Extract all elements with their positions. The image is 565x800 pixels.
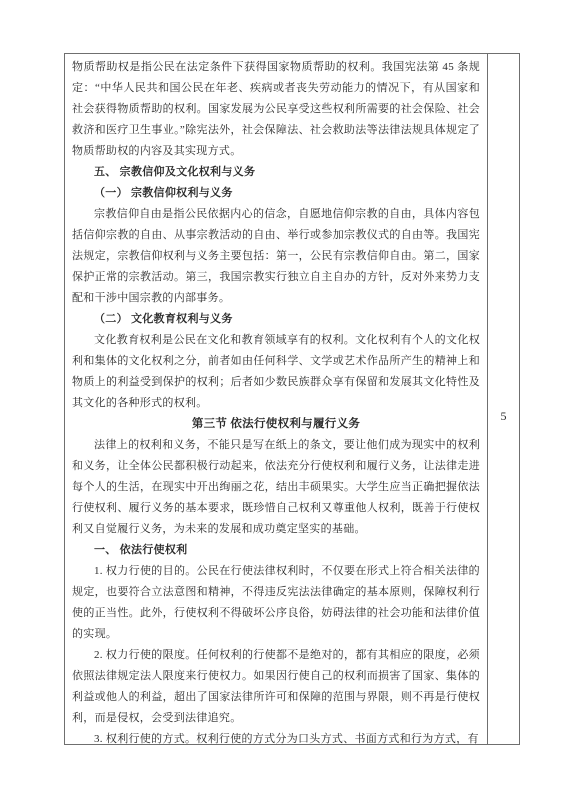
margin-column: 5 [488,54,519,744]
heading-exercise-rights-by-law: 一、 依法行使权利 [72,540,480,561]
heading-religion-and-culture-rights: 五、 宗教信仰及文化权利与义务 [72,162,480,183]
document-page: 物质帮助权是指公民在法定条件下获得国家物质帮助的权利。我国宪法第 45 条规定：… [0,0,565,800]
section-title-exercise-rights: 第三节 依法行使权利与履行义务 [72,414,480,435]
paragraph-material-help-right: 物质帮助权是指公民在法定条件下获得国家物质帮助的权利。我国宪法第 45 条规定：… [72,57,480,162]
paragraph-rights-into-reality: 法律上的权利和义务，不能只是写在纸上的条文，要让他们成为现实中的权利和义务，让全… [72,435,480,540]
text-content-cell: 物质帮助权是指公民在法定条件下获得国家物质帮助的权利。我国宪法第 45 条规定：… [65,54,488,744]
paragraph-cultural-education: 文化教育权利是公民在文化和教育领域享有的权利。文化权利有个人的文化权利和集体的文… [72,330,480,414]
paragraph-limits-of-exercising-rights: 2. 权力行使的限度。任何权利的行使都不是绝对的，都有其相应的限度，必须依照法律… [72,645,480,729]
paragraph-purpose-of-exercising-rights: 1. 权力行使的目的。公民在行使法律权利时，不仅要在形式上符合相关法律的规定，也… [72,561,480,645]
page-border-frame: 物质帮助权是指公民在法定条件下获得国家物质帮助的权利。我国宪法第 45 条规定：… [64,53,520,745]
paragraph-religious-freedom: 宗教信仰自由是指公民依据内心的信念，自愿地信仰宗教的自由，具体内容包括信仰宗教的… [72,204,480,309]
subheading-cultural-education-rights: （二） 文化教育权利与义务 [72,309,480,330]
page-number: 5 [488,409,519,423]
subheading-religious-belief-rights: （一） 宗教信仰权利与义务 [72,183,480,204]
paragraph-ways-of-exercising-rights: 3. 权利行使的方式。权利行使的方式分为口头方式、书面方式和行为方式，有 [72,729,480,744]
